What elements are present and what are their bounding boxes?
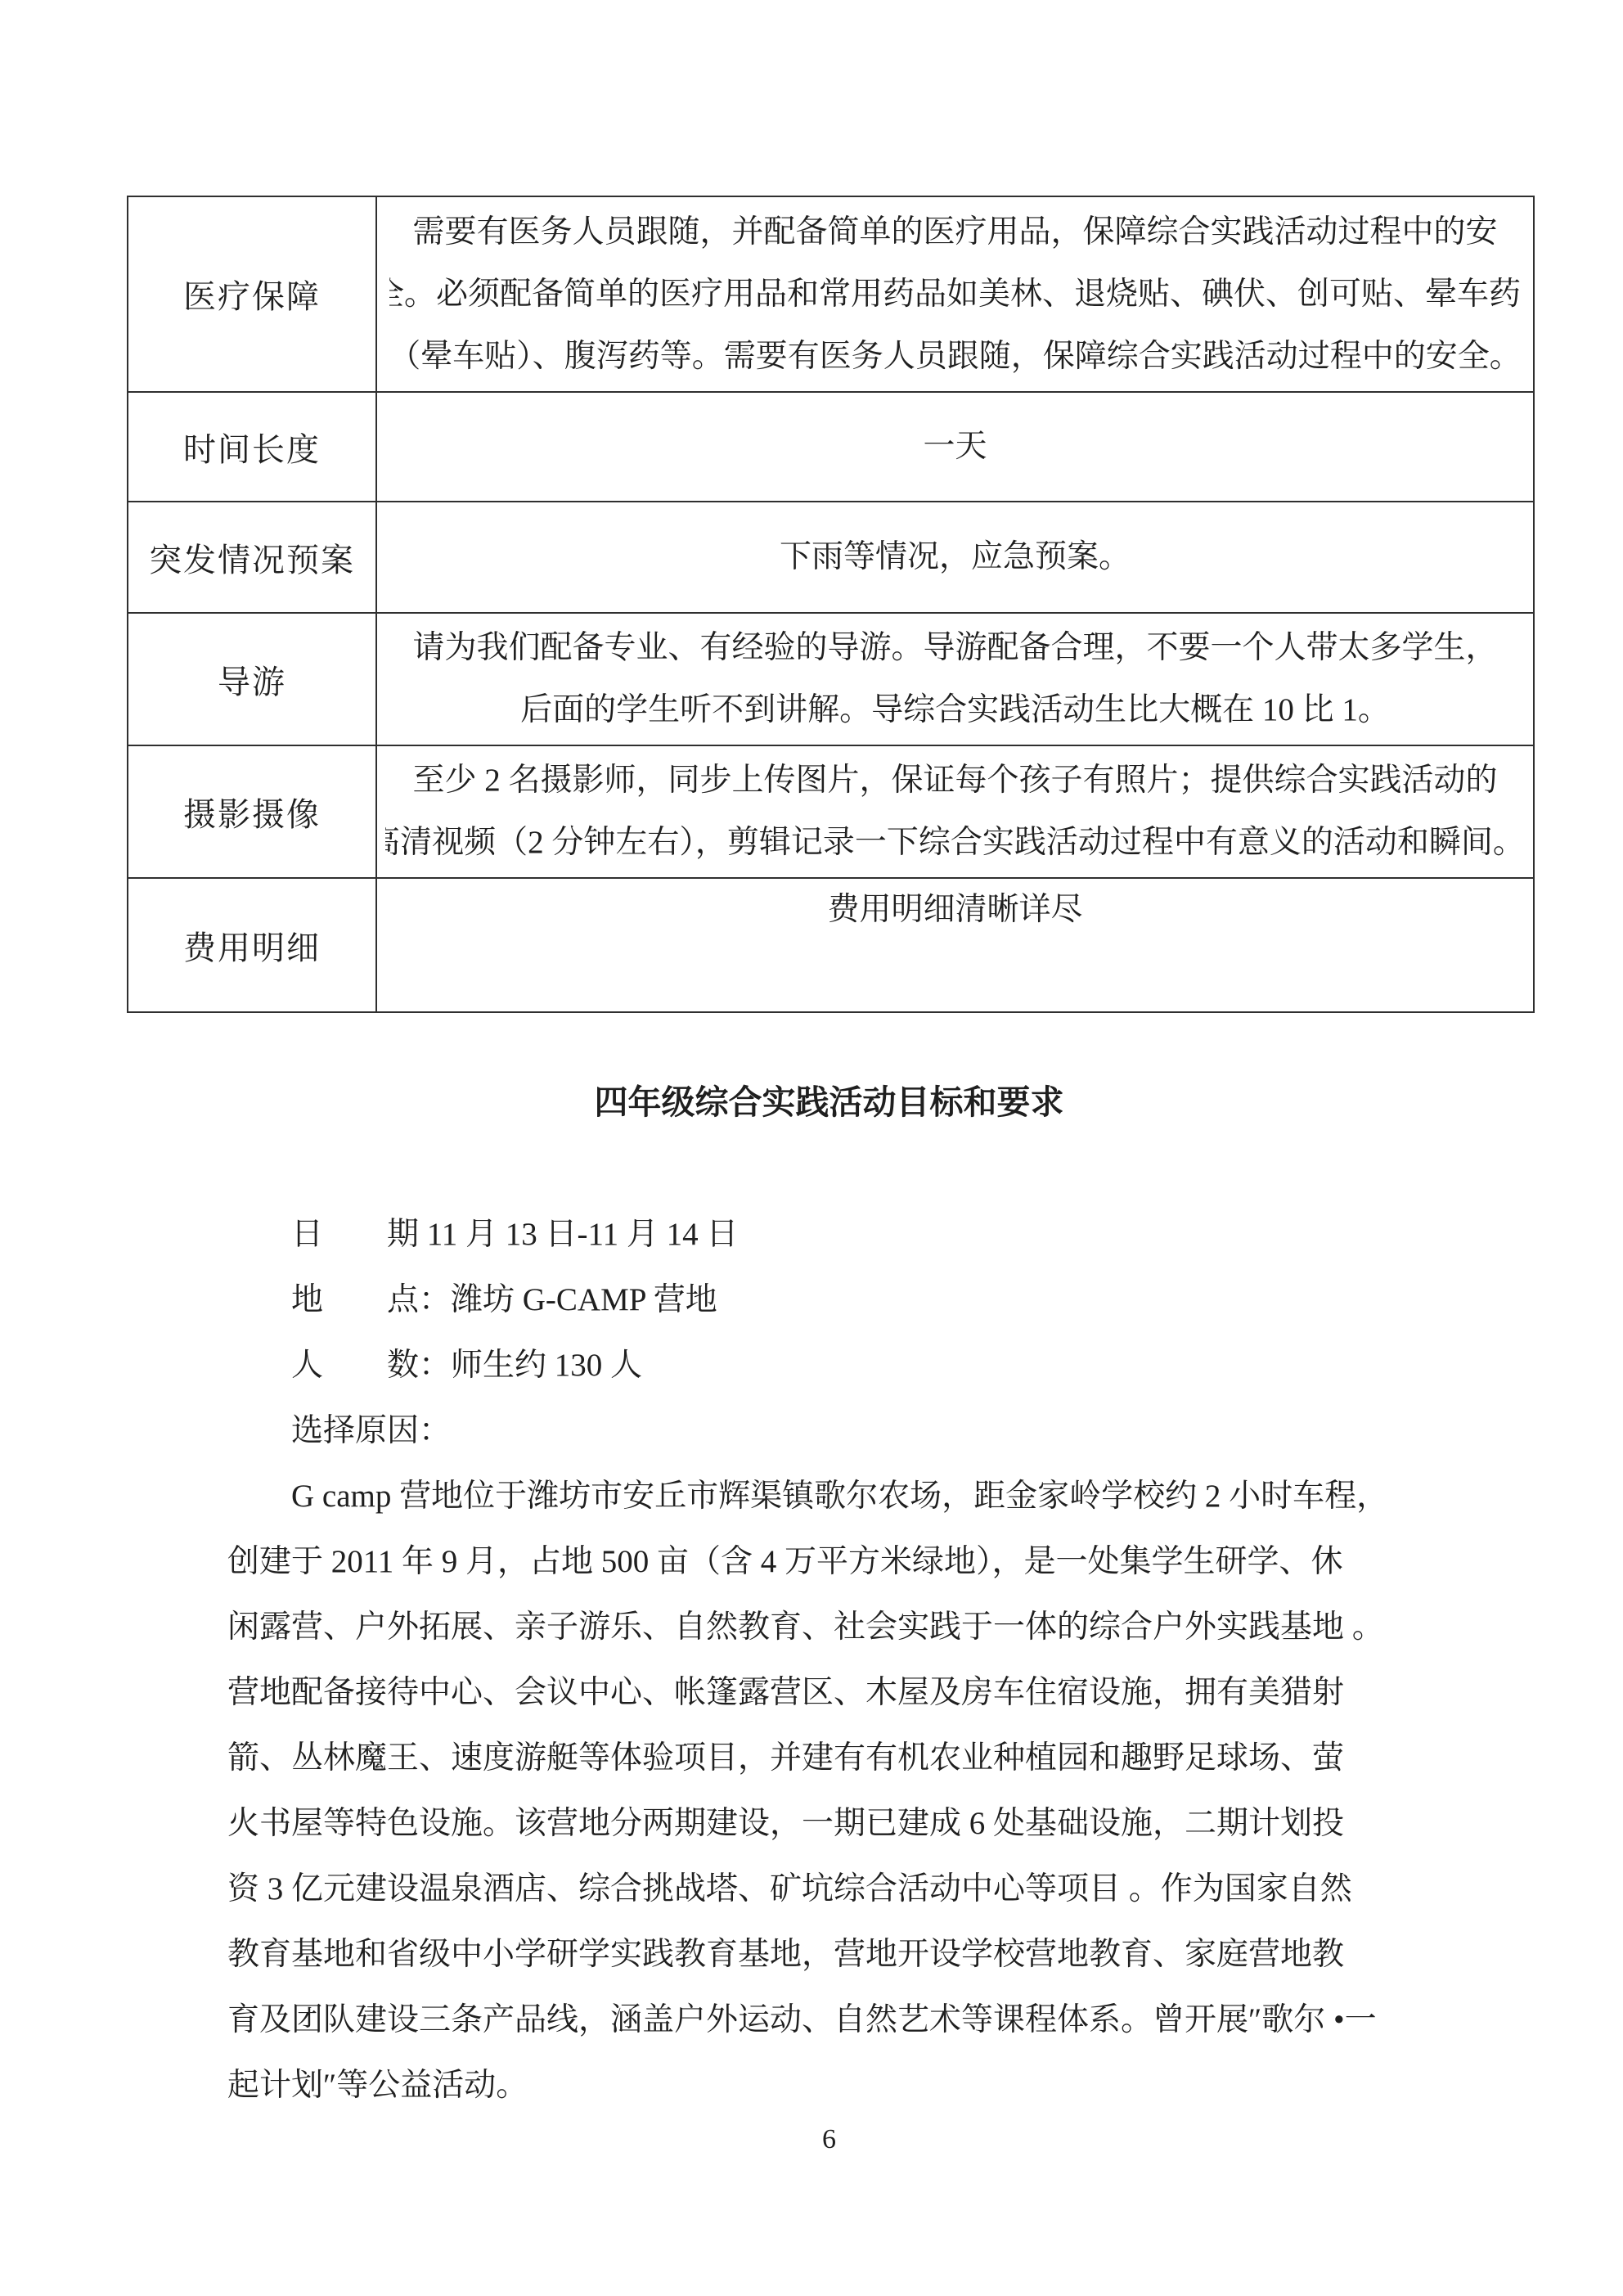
table-row: 费用明细费用明细清晰详尽 xyxy=(128,877,1533,1011)
row-content-cell: 需要有医务人员跟随，并配备简单的医疗用品，保障综合实践活动过程中的安全。必须配备… xyxy=(377,197,1533,391)
section-title: 四年级综合实践活动目标和要求 xyxy=(127,1069,1531,1135)
body-line: G camp 营地位于潍坊市安丘市辉渠镇歌尔农场，距金家岭学校约 2 小时车程， xyxy=(227,1464,1536,1529)
cell-line: 下雨等情况，应急预案。 xyxy=(780,526,1131,588)
body-line: 创建于 2011 年 9 月，占地 500 亩（含 4 万平方米绿地），是一处集… xyxy=(227,1529,1536,1595)
row-content-cell: 至少 2 名摄影师，同步上传图片，保证每个孩子有照片；提供综合实践活动的高清视频… xyxy=(377,746,1533,877)
cell-line: 一天 xyxy=(923,416,987,478)
row-label-cell: 费用明细 xyxy=(128,879,377,1011)
cell-line: 费用明细清晰详尽 xyxy=(827,879,1082,941)
row-label-cell: 摄影摄像 xyxy=(128,746,377,877)
row-label-cell: 导游 xyxy=(128,614,377,745)
row-content-cell: 一天 xyxy=(377,393,1533,501)
cell-line: 需要有医务人员跟随，并配备简单的医疗用品，保障综合实践活动过程中的安 xyxy=(412,201,1497,263)
page-number: 6 xyxy=(127,2109,1531,2171)
row-label-cell: 突发情况预案 xyxy=(128,502,377,612)
body-line: 日 期 11 月 13 日-11 月 14 日 xyxy=(227,1202,1536,1267)
body-line: 闲露营、户外拓展、亲子游乐、自然教育、社会实践于一体的综合户外实践基地 。 xyxy=(227,1595,1536,1660)
body-line: 地 点：潍坊 G-CAMP 营地 xyxy=(227,1267,1536,1333)
cell-line: 请为我们配备专业、有经验的导游。导游配备合理，不要一个人带太多学生， xyxy=(412,617,1497,679)
body-line: 人 数：师生约 130 人 xyxy=(227,1333,1536,1398)
body-line: 育及团队建设三条产品线，涵盖户外运动、自然艺术等课程体系。曾开展″歌尔 •一 xyxy=(227,1988,1536,2053)
clipped-glyph: 全 xyxy=(389,263,404,326)
cell-line: 至少 2 名摄影师，同步上传图片，保证每个孩子有照片；提供综合实践活动的 xyxy=(412,750,1497,812)
body-line: 选择原因： xyxy=(227,1398,1536,1464)
row-content-cell: 请为我们配备专业、有经验的导游。导游配备合理，不要一个人带太多学生，后面的学生听… xyxy=(377,614,1533,745)
body-line: 火书屋等特色设施。该营地分两期建设，一期已建成 6 处基础设施，二期计划投 xyxy=(227,1791,1536,1857)
cell-line: 高清视频（2 分钟左右），剪辑记录一下综合实践活动过程中有意义的活动和瞬间。 xyxy=(385,812,1525,874)
row-label-cell: 医疗保障 xyxy=(128,197,377,391)
row-label-cell: 时间长度 xyxy=(128,393,377,501)
clipped-glyph: 高 xyxy=(385,812,400,874)
requirements-table: 医疗保障需要有医务人员跟随，并配备简单的医疗用品，保障综合实践活动过程中的安全。… xyxy=(127,196,1535,1013)
table-row: 导游请为我们配备专业、有经验的导游。导游配备合理，不要一个人带太多学生，后面的学… xyxy=(128,612,1533,745)
cell-line: 后面的学生听不到讲解。导综合实践活动生比大概在 10 比 1。 xyxy=(520,679,1390,741)
cell-line: 全。必须配备简单的医疗用品和常用药品如美林、退烧贴、碘伏、创可贴、晕车药 xyxy=(389,263,1521,326)
section-body: 日 期 11 月 13 日-11 月 14 日地 点：潍坊 G-CAMP 营地人… xyxy=(227,1202,1536,2118)
body-line: 教育基地和省级中小学研学实践教育基地，营地开设学校营地教育、家庭营地教 xyxy=(227,1922,1536,1988)
cell-line: （晕车贴）、腹泻药等。需要有医务人员跟随，保障综合实践活动过程中的安全。 xyxy=(389,326,1522,388)
table-row: 摄影摄像至少 2 名摄影师，同步上传图片，保证每个孩子有照片；提供综合实践活动的… xyxy=(128,745,1533,877)
body-line: 资 3 亿元建设温泉酒店、综合挑战塔、矿坑综合活动中心等项目 。作为国家自然 xyxy=(227,1857,1536,1922)
row-content-cell: 下雨等情况，应急预案。 xyxy=(377,502,1533,612)
row-content-cell: 费用明细清晰详尽 xyxy=(377,879,1533,1011)
table-row: 医疗保障需要有医务人员跟随，并配备简单的医疗用品，保障综合实践活动过程中的安全。… xyxy=(128,197,1533,391)
body-line: 箭、丛林魔王、速度游艇等体验项目，并建有有机农业种植园和趣野足球场、萤 xyxy=(227,1726,1536,1791)
table-row: 突发情况预案下雨等情况，应急预案。 xyxy=(128,501,1533,612)
table-row: 时间长度一天 xyxy=(128,391,1533,501)
body-line: 营地配备接待中心、会议中心、帐篷露营区、木屋及房车住宿设施，拥有美猎射 xyxy=(227,1660,1536,1726)
